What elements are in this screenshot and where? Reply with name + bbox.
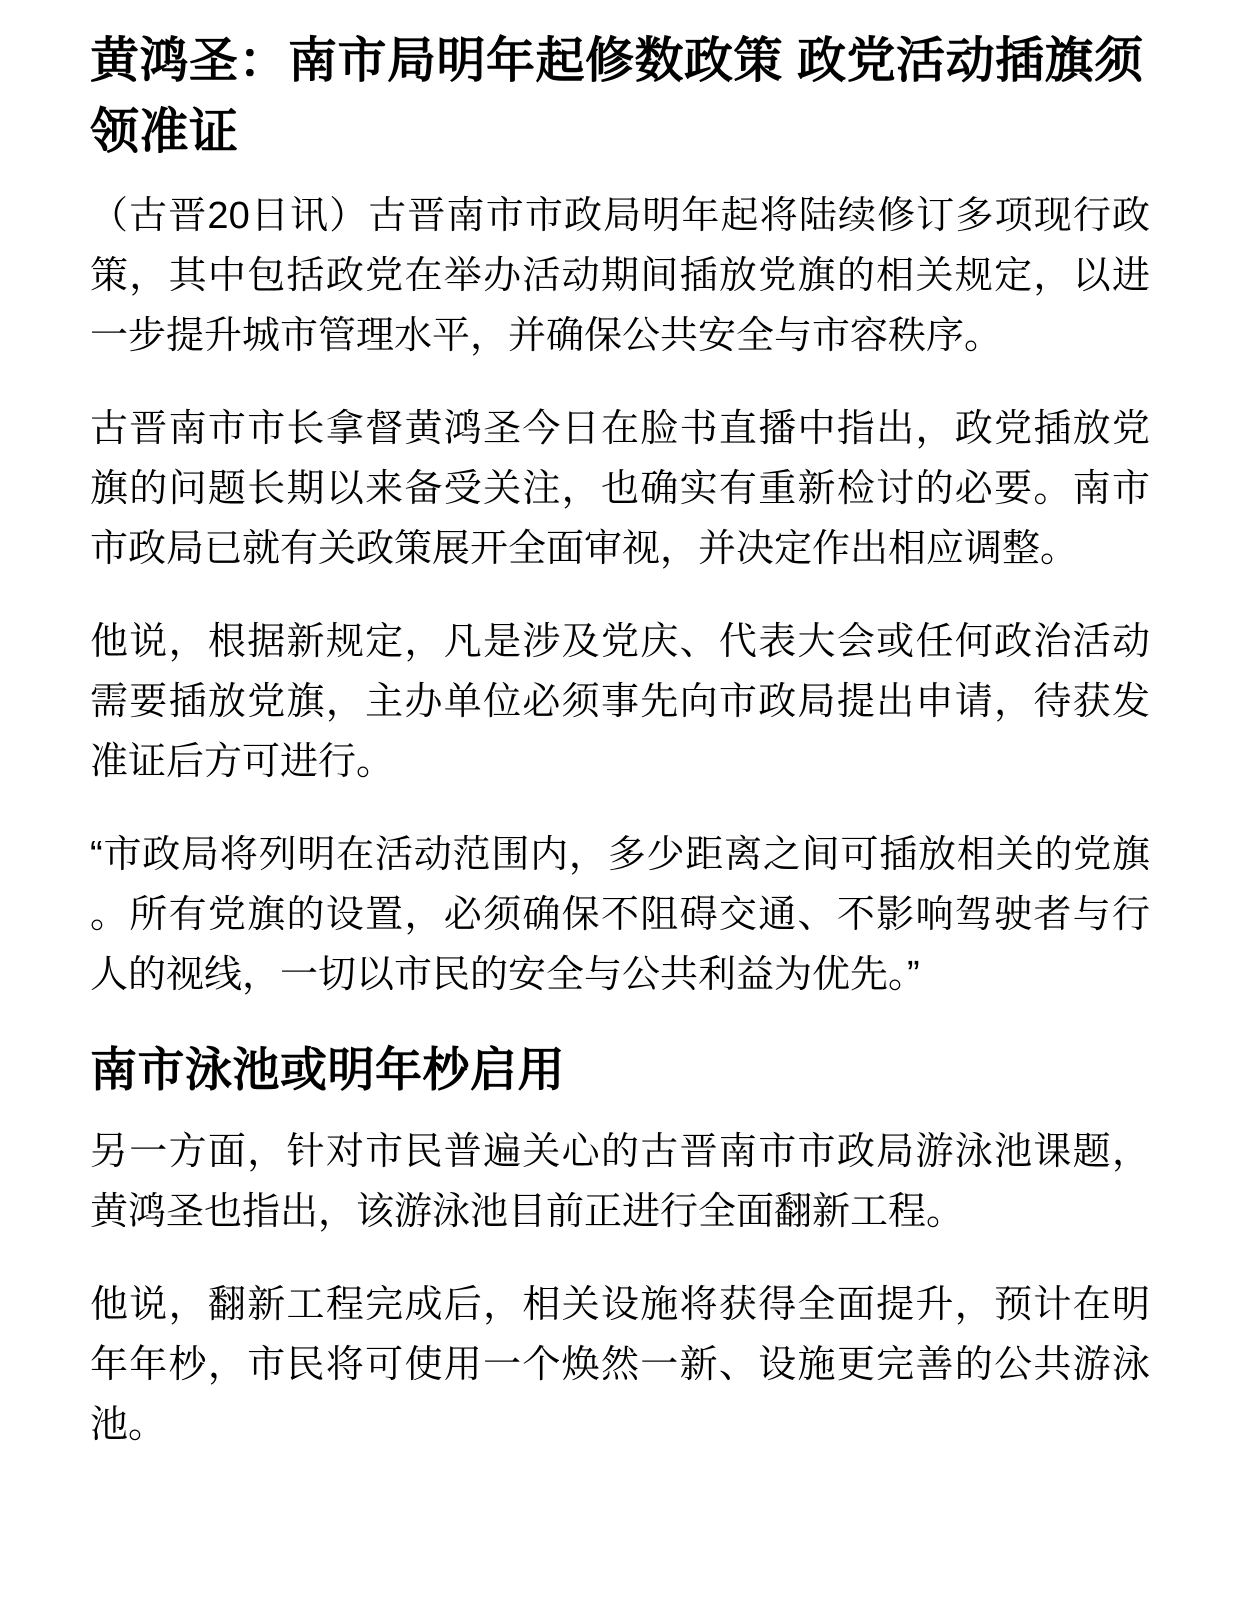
- article-page: 黄鸿圣：南市局明年起修数政策 政党活动插旗须领准证 （古晋20日讯）古晋南市市政…: [0, 0, 1242, 1598]
- article-paragraph: 他说，根据新规定，凡是涉及党庆、代表大会或任何政治活动需要插放党旗，主办单位必须…: [90, 612, 1150, 792]
- article-paragraph: 另一方面，针对市民普遍关心的古晋南市市政局游泳池课题，黄鸿圣也指出，该游泳池目前…: [90, 1122, 1150, 1242]
- article-paragraph: 古晋南市市长拿督黄鸿圣今日在脸书直播中指出，政党插放党旗的问题长期以来备受关注，…: [90, 399, 1150, 579]
- article-headline: 黄鸿圣：南市局明年起修数政策 政党活动插旗须领准证: [90, 26, 1150, 168]
- article-paragraph-quote: “市政局将列明在活动范围内，多少距离之间可插放相关的党旗。所有党旗的设置，必须确…: [90, 825, 1150, 1005]
- article-subheading: 南市泳池或明年杪启用: [90, 1038, 1150, 1102]
- article-paragraph: 他说，翻新工程完成后，相关设施将获得全面提升，预计在明年年杪，市民将可使用一个焕…: [90, 1275, 1150, 1455]
- article-paragraph-dateline: （古晋20日讯）古晋南市市政局明年起将陆续修订多项现行政策，其中包括政党在举办活…: [90, 186, 1150, 366]
